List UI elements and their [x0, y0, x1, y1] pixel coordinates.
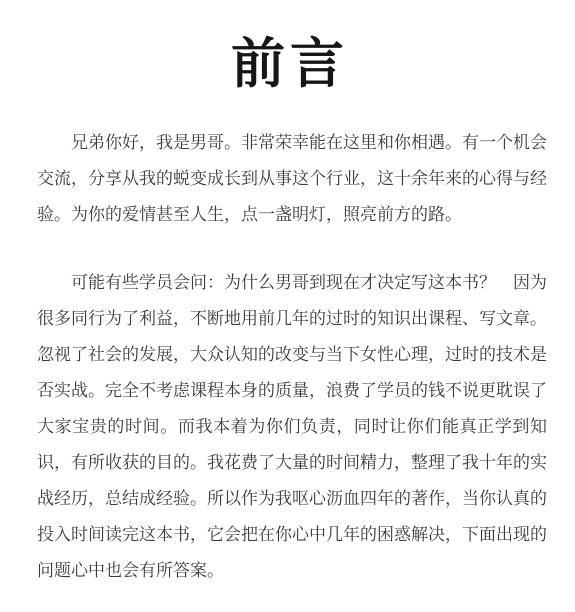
preface-page: 前言 兄弟你好，我是男哥。非常荣幸能在这里和你相遇。有一个机会交流，分享从我的蜕…: [0, 0, 575, 612]
page-title: 前言: [0, 28, 575, 100]
paragraph-intro: 兄弟你好，我是男哥。非常荣幸能在这里和你相遇。有一个机会交流，分享从我的蜕变成长…: [37, 125, 547, 233]
paragraph-why-book: 可能有些学员会问：为什么男哥到现在才决定写这本书？ 因为很多同行为了利益，不断地…: [37, 265, 547, 589]
page-body: 兄弟你好，我是男哥。非常荣幸能在这里和你相遇。有一个机会交流，分享从我的蜕变成长…: [37, 125, 547, 589]
